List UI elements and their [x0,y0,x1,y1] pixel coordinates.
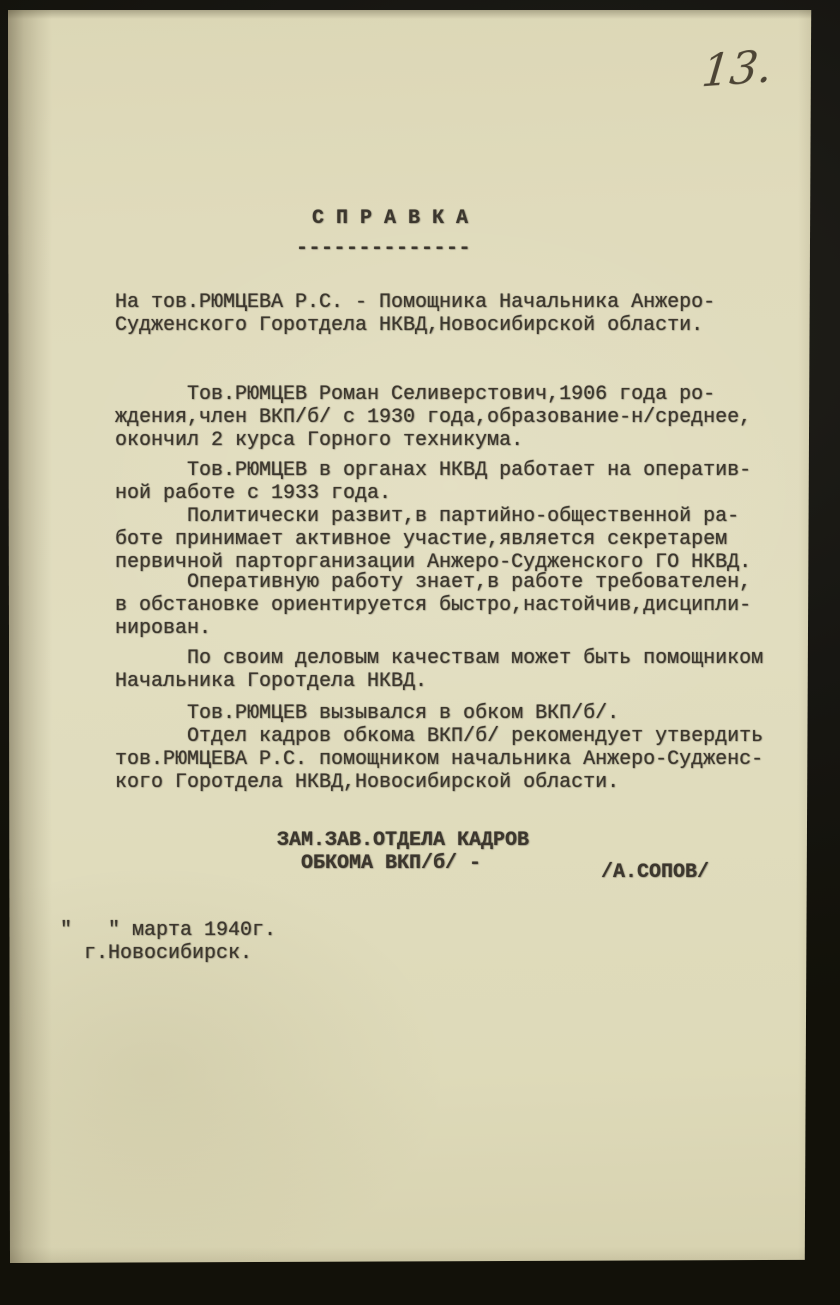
subject-line: На тов.РЮМЦЕВА Р.С. - Помощника Начальни… [115,291,805,337]
title-underline: -------------- [296,237,471,260]
signature-name: /А.СОПОВ/ [601,861,709,884]
paragraph-recommendation-fitness: По своим деловым качествам может быть по… [115,647,805,693]
date-place-block: " " марта 1940г. г.Новосибирск. [60,919,276,965]
handwritten-page-number: 13. [699,41,774,97]
paragraph-obkom-recommendation: Тов.РЮМЦЕВ вызывался в обком ВКП/б/. Отд… [115,702,805,794]
paragraph-service-and-party-work: Тов.РЮМЦЕВ в органах НКВД работает на оп… [115,459,805,574]
signature-role: ЗАМ.ЗАВ.ОТДЕЛА КАДРОВ ОБКОМА ВКП/б/ - [277,829,529,875]
photo-mat-background: 13. С П Р А В К А -------------- На тов.… [0,0,840,1305]
paragraph-work-qualities: Оперативную работу знает,в работе требов… [115,571,805,640]
document-title: С П Р А В К А [312,207,468,230]
paragraph-biography: Тов.РЮМЦЕВ Роман Селиверстович,1906 года… [115,383,805,452]
document-page: 13. С П Р А В К А -------------- На тов.… [8,10,812,1263]
